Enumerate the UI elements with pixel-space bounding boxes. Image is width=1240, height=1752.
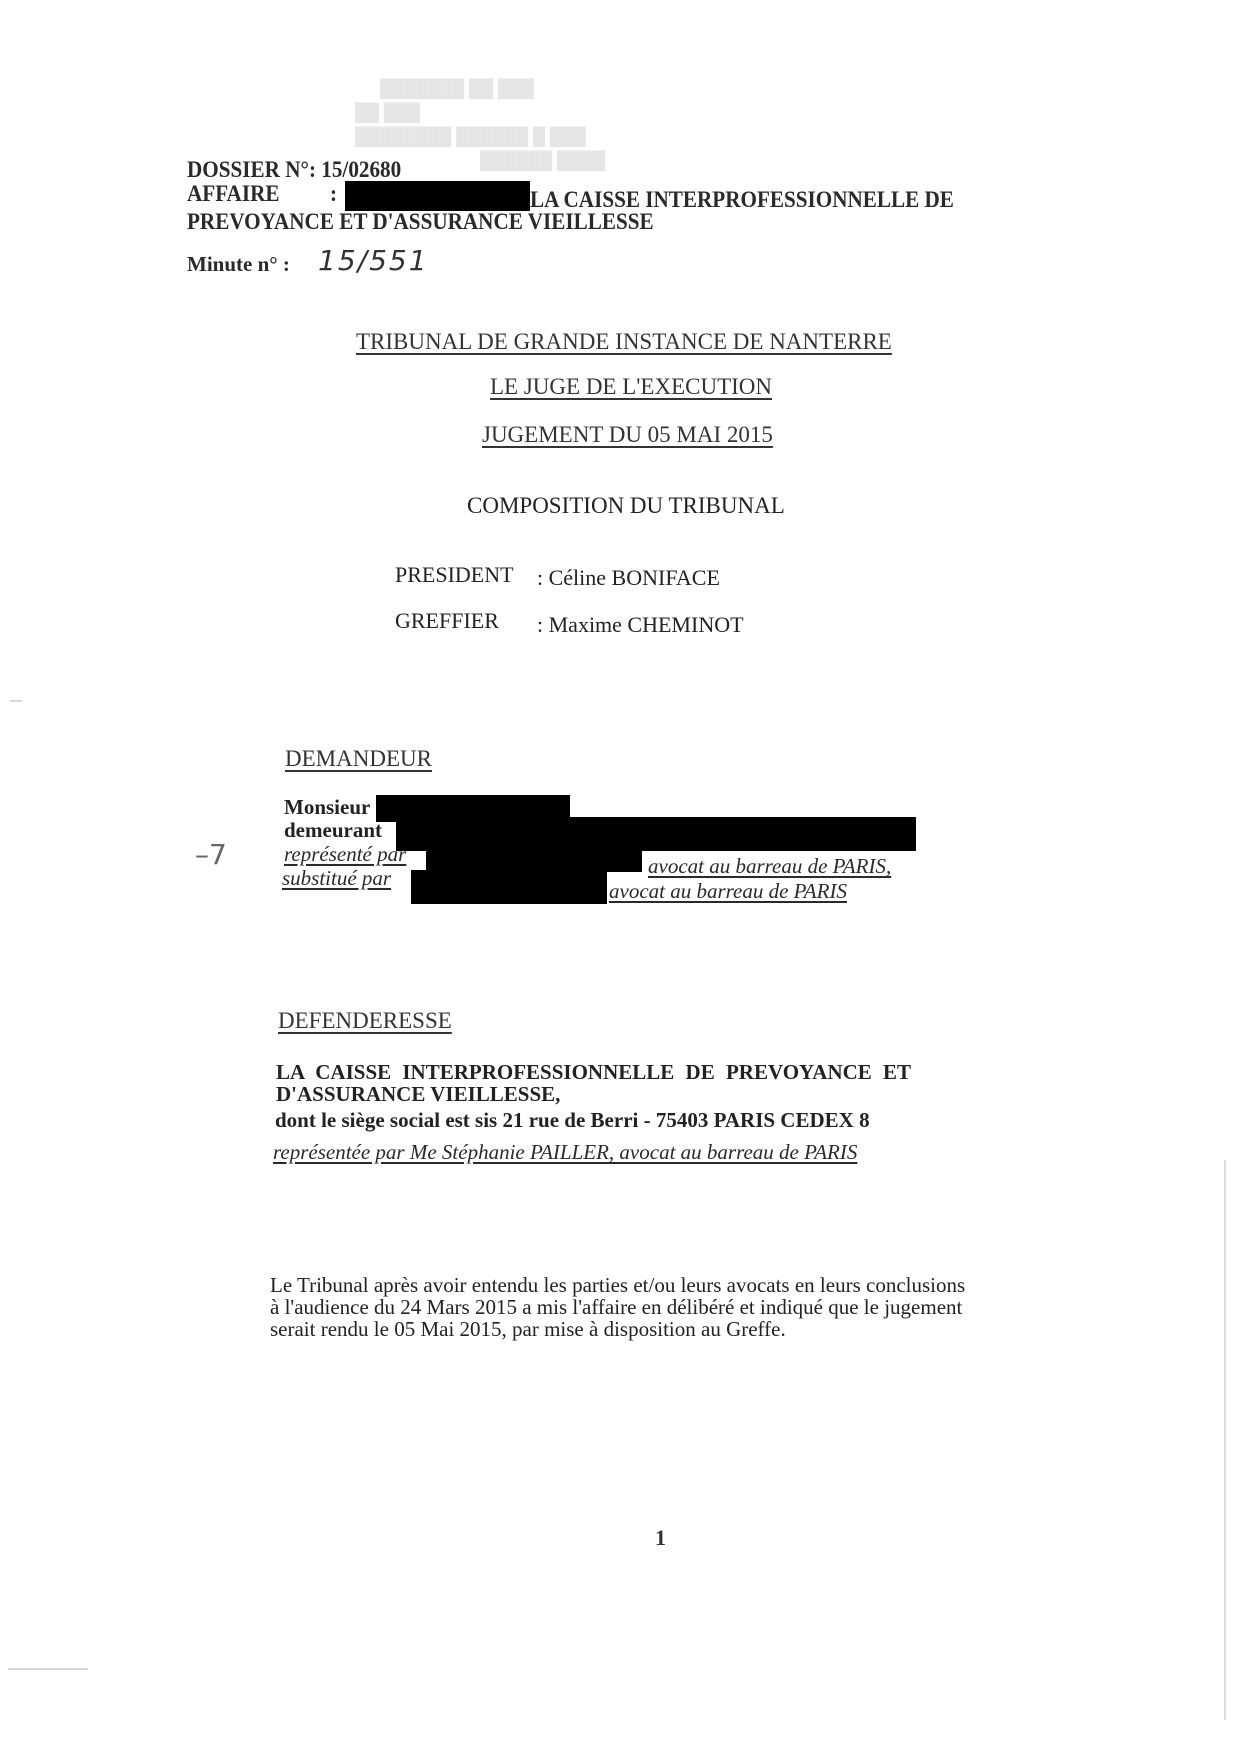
represented-prefix: représenté par — [284, 842, 406, 867]
defendant-representation: représentée par Me Stéphanie PAILLER, av… — [273, 1140, 857, 1165]
dossier-line: DOSSIER N°: 15/02680 — [187, 158, 401, 182]
stamp-line: ████████ ██████ █ ███ — [355, 126, 586, 148]
defendant-heading: DEFENDERESSE — [278, 1008, 452, 1034]
plaintiff-heading: DEMANDEUR — [285, 746, 432, 772]
minute-label: Minute n° : — [187, 252, 290, 277]
redacted-party — [345, 181, 530, 211]
president-role: PRESIDENT — [395, 562, 514, 588]
minute-number-handwritten: 15/551 — [318, 244, 429, 277]
scan-smudge — [8, 1668, 88, 1670]
president-name: : Céline BONIFACE — [537, 565, 720, 591]
redacted-plaintiff-address — [396, 817, 916, 851]
affaire-label: AFFAIRE — [187, 182, 279, 206]
judgment-date: JUGEMENT DU 05 MAI 2015 — [482, 422, 773, 448]
margin-arrow-mark: –7 — [195, 838, 227, 871]
stamp-line: ██ ███ — [355, 102, 420, 124]
dossier-label: DOSSIER N°: — [187, 157, 316, 182]
scan-smudge — [10, 700, 22, 702]
plaintiff-name-prefix: Monsieur — [284, 795, 370, 820]
represented-suffix: avocat au barreau de PARIS, — [648, 854, 891, 879]
redacted-lawyer — [426, 850, 642, 872]
court-name: TRIBUNAL DE GRANDE INSTANCE DE NANTERRE — [356, 329, 892, 355]
paragraph-line: à l'audience du 24 Mars 2015 a mis l'aff… — [270, 1297, 962, 1318]
stamp-line: ██████ ████ — [480, 150, 605, 172]
redacted-substitute-lawyer — [411, 870, 607, 904]
scan-edge-line — [1224, 1160, 1226, 1720]
dossier-number: 15/02680 — [321, 157, 401, 182]
page-number: 1 — [655, 1525, 666, 1551]
paragraph-line: serait rendu le 05 Mai 2015, par mise à … — [270, 1319, 786, 1340]
composition-heading: COMPOSITION DU TRIBUNAL — [467, 493, 785, 519]
greffier-role: GREFFIER — [395, 608, 499, 634]
stamp-line: ███████ ██ ███ — [380, 78, 534, 100]
plaintiff-address-prefix: demeurant — [284, 818, 382, 843]
substituted-prefix: substitué par — [282, 866, 391, 891]
substituted-suffix: avocat au barreau de PARIS — [609, 879, 847, 904]
affaire-party-line2: PREVOYANCE ET D'ASSURANCE VIEILLESSE — [187, 210, 654, 234]
greffier-name: : Maxime CHEMINOT — [537, 612, 744, 638]
defendant-name-line2: D'ASSURANCE VIEILLESSE, — [276, 1082, 560, 1107]
defendant-address: dont le siège social est sis 21 rue de B… — [275, 1108, 870, 1133]
affaire-separator: : — [330, 182, 337, 206]
judge-title: LE JUGE DE L'EXECUTION — [490, 374, 772, 400]
paragraph-line: Le Tribunal après avoir entendu les part… — [270, 1275, 965, 1296]
